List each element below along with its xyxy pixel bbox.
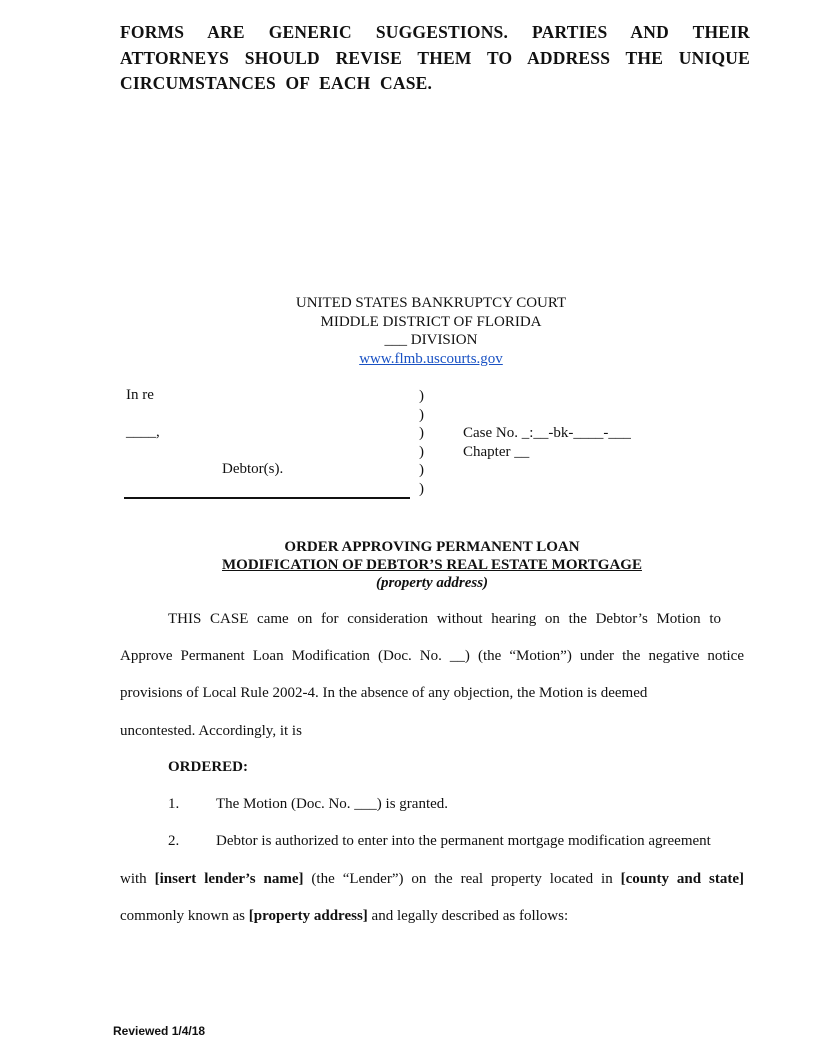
text: (the “Lender”) on the real property loca…: [304, 871, 621, 887]
item-1-text: The Motion (Doc. No. ___) is granted.: [216, 796, 448, 813]
paren: ): [419, 406, 424, 425]
intro-paragraph: THIS CASE came on for consideration with…: [120, 601, 744, 750]
court-division: ___ DIVISION: [200, 331, 662, 350]
court-name: UNITED STATES BANKRUPTCY COURT: [200, 294, 662, 313]
item-2-line-1: Debtor is authorized to enter into the p…: [216, 833, 711, 850]
disclaimer-line-1: FORMS ARE GENERIC SUGGESTIONS. PARTIES A…: [120, 20, 750, 46]
court-website-link[interactable]: www.flmb.uscourts.gov: [359, 351, 503, 367]
case-number: Case No. _:__-bk-____-___: [463, 424, 631, 443]
order-title-line-1: ORDER APPROVING PERMANENT LOAN: [150, 538, 714, 556]
paren: ): [419, 387, 424, 406]
intro-line: provisions of Local Rule 2002-4. In the …: [120, 675, 744, 712]
intro-line: uncontested. Accordingly, it is: [120, 713, 744, 750]
item-2-line-3: commonly known as [property address] and…: [120, 898, 744, 935]
intro-line: Approve Permanent Loan Modification (Doc…: [120, 638, 744, 675]
order-title-subtitle: (property address): [150, 574, 714, 592]
court-district: MIDDLE DISTRICT OF FLORIDA: [200, 313, 662, 332]
order-title: ORDER APPROVING PERMANENT LOAN MODIFICAT…: [150, 538, 714, 592]
lender-placeholder: [insert lender’s name]: [155, 871, 304, 887]
item-2-continuation: with [insert lender’s name] (the “Lender…: [120, 861, 744, 935]
debtor-name-blank: ____,: [126, 424, 160, 441]
caption-rule: [124, 497, 410, 499]
paren: ): [419, 424, 424, 443]
court-header: UNITED STATES BANKRUPTCY COURT MIDDLE DI…: [200, 294, 662, 368]
paren: ): [419, 461, 424, 480]
text: and legally described as follows:: [368, 908, 568, 924]
debtor-label: Debtor(s).: [222, 461, 283, 478]
reviewed-date: Reviewed 1/4/18: [113, 1024, 205, 1038]
disclaimer-line-3: CIRCUMSTANCES OF EACH CASE.: [120, 71, 750, 97]
text: commonly known as: [120, 908, 249, 924]
intro-line: THIS CASE came on for consideration with…: [120, 601, 721, 638]
in-re-label: In re: [126, 387, 154, 404]
paren: ): [419, 480, 424, 499]
disclaimer-notice: FORMS ARE GENERIC SUGGESTIONS. PARTIES A…: [120, 20, 750, 97]
county-placeholder: [county and state]: [621, 871, 744, 887]
paren: ): [419, 443, 424, 462]
disclaimer-line-2: ATTORNEYS SHOULD REVISE THEM TO ADDRESS …: [120, 46, 750, 72]
case-info: Case No. _:__-bk-____-___ Chapter __: [463, 424, 631, 461]
item-2-number: 2.: [168, 833, 179, 850]
caption-parentheses: ) ) ) ) ) ): [419, 387, 424, 498]
chapter: Chapter __: [463, 443, 631, 462]
property-address-placeholder: [property address]: [249, 908, 368, 924]
item-2-line-2: with [insert lender’s name] (the “Lender…: [120, 861, 744, 898]
ordered-heading: ORDERED:: [168, 759, 248, 776]
order-title-line-2: MODIFICATION OF DEBTOR’S REAL ESTATE MOR…: [150, 556, 714, 574]
text: with: [120, 871, 155, 887]
item-1-number: 1.: [168, 796, 179, 813]
